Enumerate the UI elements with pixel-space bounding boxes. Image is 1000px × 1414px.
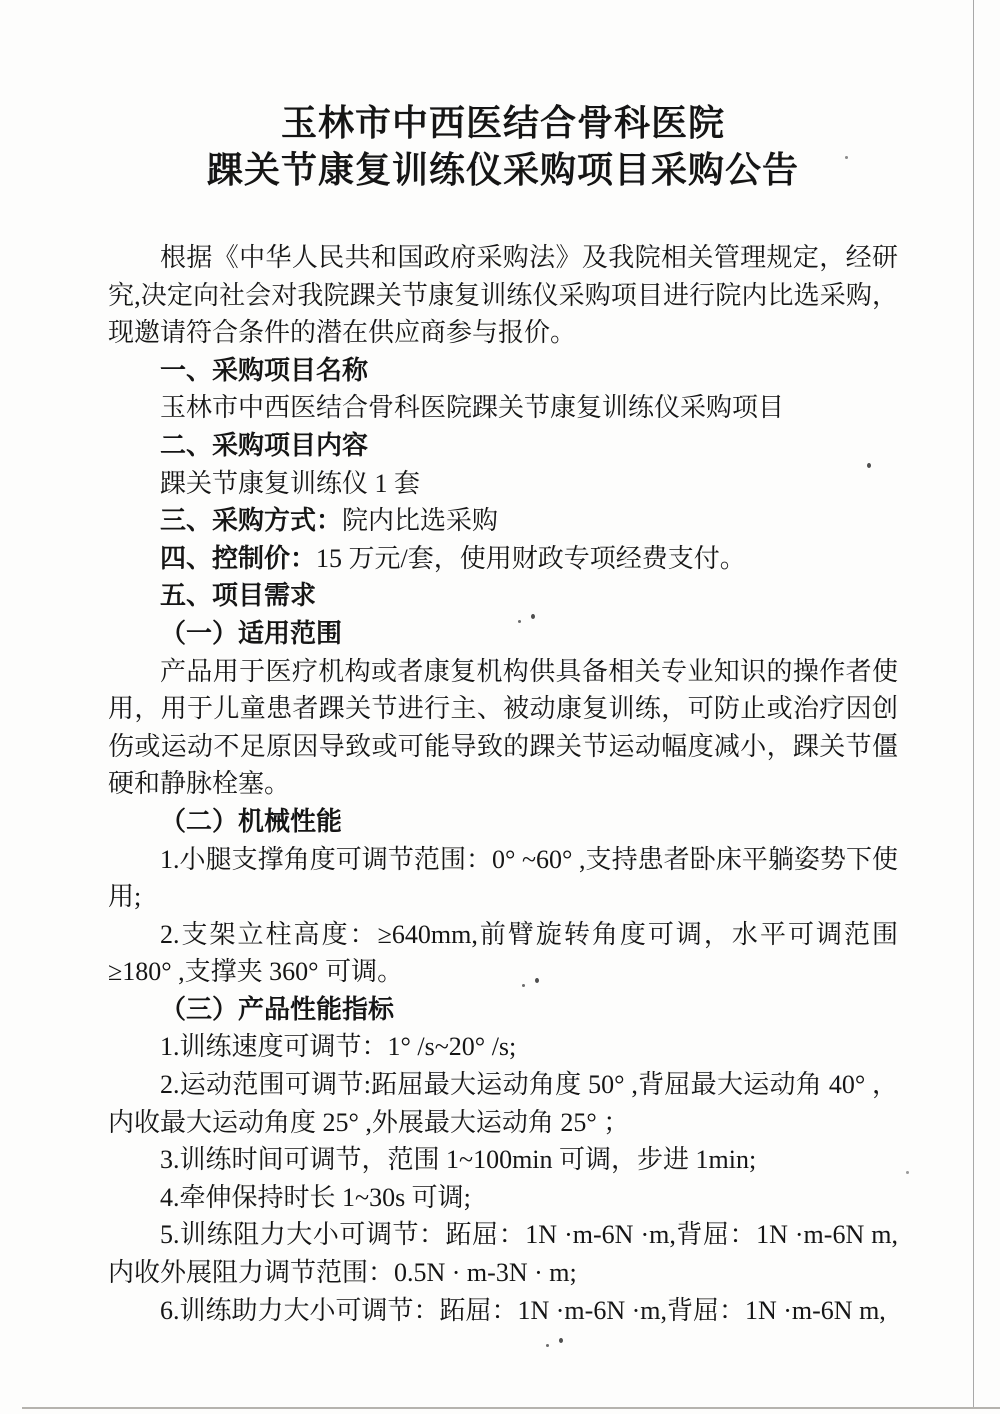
intro-paragraph-text: 根据《中华人民共和国政府采购法》及我院相关管理规定，经研究,决定向社会对我院踝关… <box>108 243 898 347</box>
document-body: 根据《中华人民共和国政府采购法》及我院相关管理规定，经研究,决定向社会对我院踝关… <box>108 239 898 1329</box>
scan-speck <box>906 1171 909 1174</box>
section-3-value-text: 院内比选采购 <box>342 506 498 535</box>
perf-item-5: 5.训练阻力大小可调节：跖屈：1N ·m-6N ·m,背屈：1N ·m-6N m… <box>108 1216 898 1291</box>
scan-speck <box>867 463 871 468</box>
document-title: 玉林市中西医结合骨科医院 踝关节康复训练仪采购项目采购公告 <box>108 100 898 194</box>
scope-paragraph: 产品用于医疗机构或者康复机构供具备相关专业知识的操作者使用，用于儿童患者踝关节进… <box>108 653 898 803</box>
section-4-value-text: 15 万元/套，使用财政专项经费支付。 <box>316 544 746 573</box>
subsection-3-heading-bold: （三）产品性能指标 <box>160 995 394 1024</box>
perf-item-1: 1.训练速度可调节：1° /s~20° /s; <box>108 1028 898 1066</box>
perf-item-4-text: 4.牵伸保持时长 1~30s 可调; <box>160 1183 471 1212</box>
section-3-line: 三、采购方式：院内比选采购 <box>108 502 898 540</box>
section-4-heading-bold: 四、控制价： <box>160 544 316 573</box>
scan-edge-line-right <box>973 0 974 1409</box>
mech-item-1-text: 1.小腿支撑角度可调节范围：0° ~60° ,支持患者卧床平躺姿势下使用; <box>108 845 898 912</box>
scan-speck <box>399 516 402 519</box>
perf-item-2: 2.运动范围可调节:跖屈最大运动角度 50° ,背屈最大运动角 40° ，内收最… <box>108 1066 898 1141</box>
section-2-heading: 二、采购项目内容 <box>108 427 898 465</box>
section-2-heading-bold: 二、采购项目内容 <box>160 431 368 460</box>
subsection-1-heading-bold: （一）适用范围 <box>160 619 342 648</box>
document-title-line-2: 踝关节康复训练仪采购项目采购公告 <box>108 147 898 194</box>
project-name-text: 玉林市中西医结合骨科医院踝关节康复训练仪采购项目 <box>160 393 784 422</box>
scan-speck <box>518 620 521 623</box>
scan-speck <box>845 156 848 159</box>
project-content-text: 踝关节康复训练仪 1 套 <box>160 469 420 498</box>
perf-item-6-text: 6.训练助力大小可调节：跖屈：1N ·m-6N ·m,背屈：1N ·m-6N m… <box>160 1296 886 1325</box>
section-5-heading: 五、项目需求 <box>108 577 898 615</box>
mech-item-2-text: 2.支架立柱高度：≥640mm,前臂旋转角度可调，水平可调范围≥180° ,支撑… <box>108 920 898 987</box>
scan-speck <box>546 1344 549 1347</box>
subsection-2-heading: （二）机械性能 <box>108 803 898 841</box>
intro-paragraph: 根据《中华人民共和国政府采购法》及我院相关管理规定，经研究,决定向社会对我院踝关… <box>108 239 898 352</box>
scanned-document-page: 玉林市中西医结合骨科医院 踝关节康复训练仪采购项目采购公告 根据《中华人民共和国… <box>0 0 1000 1414</box>
scan-speck <box>522 984 525 987</box>
project-name-line: 玉林市中西医结合骨科医院踝关节康复训练仪采购项目 <box>108 389 898 427</box>
scan-edge-line-bottom <box>22 1407 1000 1409</box>
scope-paragraph-text: 产品用于医疗机构或者康复机构供具备相关专业知识的操作者使用，用于儿童患者踝关节进… <box>108 657 898 799</box>
section-3-heading-bold: 三、采购方式： <box>160 506 342 535</box>
scan-speck <box>531 614 535 619</box>
section-1-heading-bold: 一、采购项目名称 <box>160 356 368 385</box>
perf-item-1-text: 1.训练速度可调节：1° /s~20° /s; <box>160 1032 516 1061</box>
perf-item-4: 4.牵伸保持时长 1~30s 可调; <box>108 1179 898 1217</box>
section-4-line: 四、控制价：15 万元/套，使用财政专项经费支付。 <box>108 540 898 578</box>
perf-item-3-text: 3.训练时间可调节，范围 1~100min 可调，步进 1min; <box>160 1145 756 1174</box>
mech-item-1: 1.小腿支撑角度可调节范围：0° ~60° ,支持患者卧床平躺姿势下使用; <box>108 841 898 916</box>
document-content: 玉林市中西医结合骨科医院 踝关节康复训练仪采购项目采购公告 根据《中华人民共和国… <box>108 100 898 1329</box>
section-1-heading: 一、采购项目名称 <box>108 352 898 390</box>
scan-speck <box>535 978 539 983</box>
subsection-1-heading: （一）适用范围 <box>108 615 898 653</box>
perf-item-3: 3.训练时间可调节，范围 1~100min 可调，步进 1min; <box>108 1141 898 1179</box>
mech-item-2: 2.支架立柱高度：≥640mm,前臂旋转角度可调，水平可调范围≥180° ,支撑… <box>108 916 898 991</box>
project-content-line: 踝关节康复训练仪 1 套 <box>108 465 898 503</box>
subsection-3-heading: （三）产品性能指标 <box>108 991 898 1029</box>
perf-item-6: 6.训练助力大小可调节：跖屈：1N ·m-6N ·m,背屈：1N ·m-6N m… <box>108 1292 898 1330</box>
document-title-line-1: 玉林市中西医结合骨科医院 <box>108 100 898 147</box>
subsection-2-heading-bold: （二）机械性能 <box>160 807 342 836</box>
perf-item-2-text: 2.运动范围可调节:跖屈最大运动角度 50° ,背屈最大运动角 40° ，内收最… <box>108 1070 898 1137</box>
scan-speck <box>559 1338 563 1343</box>
perf-item-5-text: 5.训练阻力大小可调节：跖屈：1N ·m-6N ·m,背屈：1N ·m-6N m… <box>108 1220 898 1287</box>
section-5-heading-bold: 五、项目需求 <box>160 581 316 610</box>
